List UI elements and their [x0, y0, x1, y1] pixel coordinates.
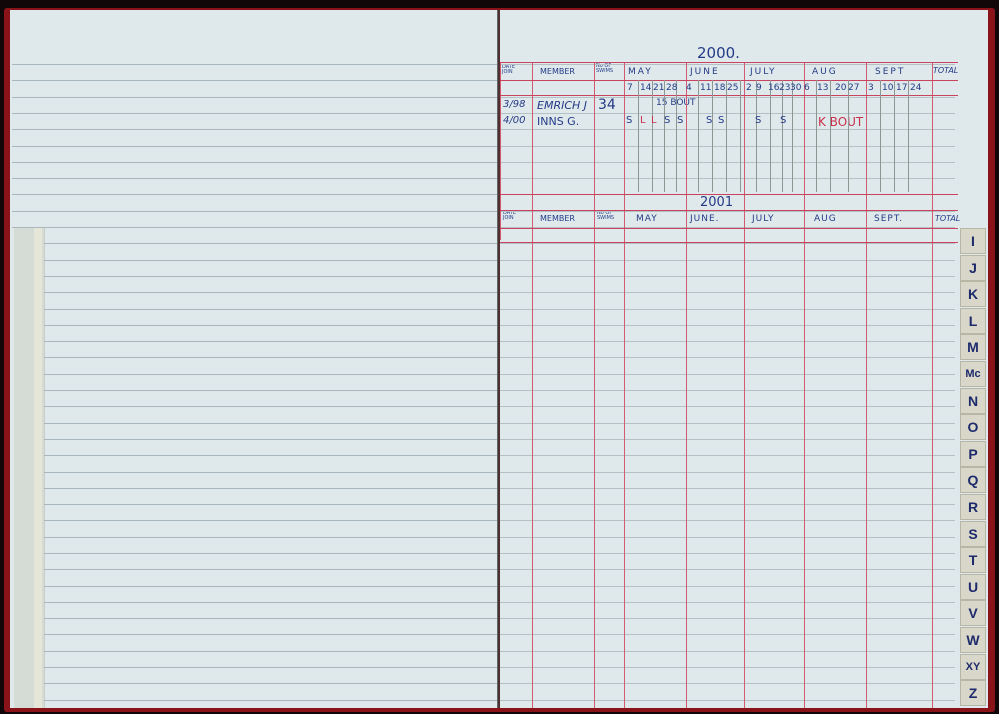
index-tab-i[interactable]: I	[960, 228, 986, 254]
ruled-line	[500, 260, 955, 261]
ruled-line	[44, 406, 497, 407]
month-header-2000: SEPT	[875, 68, 905, 77]
column-divider	[744, 62, 745, 708]
pencil-week-line	[664, 80, 665, 192]
row2-member: INNS G.	[537, 116, 579, 127]
column-divider	[866, 62, 867, 708]
ruled-line	[12, 97, 497, 98]
header-member-2000: MEMBER	[540, 68, 575, 76]
ruled-line	[500, 602, 955, 603]
index-tab-p[interactable]: P	[960, 441, 986, 467]
pencil-week-line	[740, 80, 741, 192]
index-tab-j[interactable]: J	[960, 255, 986, 281]
index-tab-q[interactable]: Q	[960, 467, 986, 493]
column-divider	[686, 62, 687, 708]
ruled-line	[500, 634, 955, 635]
index-tab-v[interactable]: V	[960, 600, 986, 626]
ruled-line	[44, 683, 497, 684]
week-date-2000: 7	[627, 84, 633, 93]
row1-member: EMRICH J	[537, 100, 587, 111]
index-tab-r[interactable]: R	[960, 494, 986, 520]
ruled-line	[44, 276, 497, 277]
pencil-week-line	[880, 80, 881, 192]
week-date-2000: 4	[686, 84, 692, 93]
ruled-line	[500, 390, 955, 391]
ruled-line	[44, 700, 497, 701]
header-rule	[500, 210, 958, 211]
ruled-line	[500, 618, 955, 619]
ruled-line	[500, 243, 955, 244]
pencil-week-line	[726, 80, 727, 192]
month-header-2001: AUG	[814, 215, 837, 224]
column-divider	[532, 62, 533, 708]
index-tab-s[interactable]: S	[960, 521, 986, 547]
ruled-line	[12, 146, 497, 147]
column-divider	[500, 62, 501, 240]
ruled-line	[44, 455, 497, 456]
header-rule	[500, 80, 958, 81]
ruled-line	[500, 667, 955, 668]
ruled-line	[12, 178, 497, 179]
month-header-2001: JUNE.	[690, 215, 720, 224]
ruled-line	[44, 357, 497, 358]
week-date-2000: 9	[756, 84, 762, 93]
ruled-line	[44, 602, 497, 603]
ruled-line	[44, 439, 497, 440]
month-header-2000: MAY	[628, 68, 653, 77]
ruled-line	[12, 211, 497, 212]
column-divider	[624, 62, 625, 708]
week-date-2000: 25	[727, 84, 738, 93]
week-date-2000: 3	[868, 84, 874, 93]
month-header-2001: SEPT.	[874, 215, 903, 224]
month-header-2000: JUNE	[690, 68, 720, 77]
index-tab-mc[interactable]: Mc	[960, 361, 986, 387]
ruled-line	[500, 129, 955, 130]
index-tab-n[interactable]: N	[960, 388, 986, 414]
header-date-join-2001: DATE JOIN	[503, 211, 525, 221]
ruled-line	[44, 667, 497, 668]
week-date-2000: 17	[896, 84, 907, 93]
pencil-week-line	[782, 80, 783, 192]
alphabet-index-tabs: IJKLMMcNOPQRSTUVWXYZ	[960, 228, 986, 708]
ruled-line	[12, 162, 497, 163]
ruled-line	[44, 472, 497, 473]
month-header-2000: AUG	[812, 68, 838, 77]
ruled-line	[44, 341, 497, 342]
ruled-line	[500, 113, 955, 114]
ruled-line	[44, 586, 497, 587]
ruled-line	[500, 504, 955, 505]
ruled-line	[44, 374, 497, 375]
ruled-line	[500, 520, 955, 521]
ruled-line	[500, 700, 955, 701]
pencil-week-line	[792, 80, 793, 192]
ruled-line	[500, 357, 955, 358]
week-date-2000: 2	[746, 84, 752, 93]
ruled-line	[500, 325, 955, 326]
index-tab-w[interactable]: W	[960, 627, 986, 653]
pencil-week-line	[676, 80, 677, 192]
pencil-week-line	[652, 80, 653, 192]
pencil-week-line	[638, 80, 639, 192]
ruled-line	[500, 406, 955, 407]
pencil-week-line	[816, 80, 817, 192]
attendance-mark: S	[664, 116, 670, 126]
week-date-2000: 11	[700, 84, 711, 93]
ruled-line	[12, 194, 497, 195]
week-date-2000: 10	[882, 84, 893, 93]
header-rule	[500, 194, 958, 195]
ruled-line	[44, 569, 497, 570]
year-2001-title: 2001	[700, 196, 733, 209]
pencil-week-line	[698, 80, 699, 192]
ruled-line	[500, 309, 955, 310]
ruled-line	[44, 651, 497, 652]
column-divider	[932, 62, 933, 708]
ruled-line	[500, 488, 955, 489]
ruled-line	[500, 423, 955, 424]
index-tab-o[interactable]: O	[960, 414, 986, 440]
week-date-2000: 20	[835, 84, 846, 93]
month-header-2001: MAY	[636, 215, 658, 224]
pencil-week-line	[830, 80, 831, 192]
header-rule	[500, 242, 958, 243]
ruled-line	[500, 276, 955, 277]
pencil-week-line	[894, 80, 895, 192]
ruled-line	[500, 341, 955, 342]
header-rule	[500, 228, 958, 229]
ruled-line	[500, 683, 955, 684]
week-date-2000: 18	[714, 84, 725, 93]
index-tab-xy[interactable]: XY	[960, 654, 986, 680]
week-date-2000: 28	[666, 84, 677, 93]
week-date-2000: 16	[768, 84, 779, 93]
pencil-week-line	[770, 80, 771, 192]
ruled-line	[500, 374, 955, 375]
week-date-2000: 23	[779, 84, 790, 93]
ruled-line	[44, 309, 497, 310]
index-tab-m[interactable]: M	[960, 334, 986, 360]
row1-date-join: 3/98	[503, 100, 525, 110]
attendance-mark: S	[755, 116, 761, 126]
ruled-line	[44, 618, 497, 619]
month-header-2001: JULY	[752, 215, 775, 224]
header-rule	[500, 95, 958, 96]
ruled-line	[44, 504, 497, 505]
attendance-mark: S	[780, 116, 786, 126]
ruled-line	[500, 211, 955, 212]
pencil-week-line	[712, 80, 713, 192]
ruled-line	[44, 537, 497, 538]
ruled-line	[12, 113, 497, 114]
ruled-line	[500, 553, 955, 554]
ruled-line	[44, 423, 497, 424]
row2-date-join: 4/00	[503, 116, 525, 126]
ruled-line	[44, 488, 497, 489]
attendance-mark: L	[651, 116, 657, 126]
year-2000-title: 2000.	[697, 46, 740, 61]
header-no-of-swims-2001: No OF SWIMS	[597, 211, 623, 221]
week-date-2000: 6	[804, 84, 810, 93]
header-member-2001: MEMBER	[540, 215, 575, 223]
ruled-line	[12, 129, 497, 130]
week-date-2000: 30	[790, 84, 801, 93]
attendance-mark: L	[640, 116, 646, 126]
ruled-line	[44, 553, 497, 554]
week-date-2000: 21	[653, 84, 664, 93]
ruled-line	[500, 569, 955, 570]
ruled-line	[500, 162, 955, 163]
column-divider	[594, 62, 595, 708]
index-tab-l[interactable]: L	[960, 308, 986, 334]
index-tab-k[interactable]: K	[960, 281, 986, 307]
week-date-2000: 13	[817, 84, 828, 93]
month-header-2000: JULY	[750, 68, 777, 77]
ruled-line	[44, 260, 497, 261]
index-tab-t[interactable]: T	[960, 547, 986, 573]
week-date-2000: 27	[848, 84, 859, 93]
ruled-line	[44, 325, 497, 326]
ruled-line	[500, 64, 955, 65]
ruled-line	[44, 243, 497, 244]
ruled-line	[44, 292, 497, 293]
ruled-line	[44, 390, 497, 391]
ruled-line	[500, 439, 955, 440]
header-total-2001: TOTAL	[935, 215, 960, 223]
column-divider	[804, 62, 805, 708]
ruled-line	[500, 97, 955, 98]
attendance-mark: S	[626, 116, 632, 126]
ruled-line	[500, 455, 955, 456]
ruled-line	[500, 178, 955, 179]
attendance-mark: S	[706, 116, 712, 126]
ruled-line	[12, 227, 497, 228]
row1-no-of-swims: 34	[598, 98, 616, 112]
ruled-line	[12, 64, 497, 65]
left-page-blank	[10, 10, 498, 708]
week-date-2000: 24	[910, 84, 921, 93]
index-tab-u[interactable]: U	[960, 574, 986, 600]
ruled-line	[500, 651, 955, 652]
ruled-line	[500, 146, 955, 147]
attendance-mark: S	[718, 116, 724, 126]
ruled-line	[500, 472, 955, 473]
week-date-2000: 14	[640, 84, 651, 93]
header-rule	[500, 62, 958, 63]
left-page-edge-strip	[34, 228, 42, 708]
header-total-2000: TOTAL	[933, 67, 958, 75]
ruled-line	[500, 537, 955, 538]
ruled-line	[44, 634, 497, 635]
ruled-line	[12, 80, 497, 81]
pencil-week-line	[756, 80, 757, 192]
header-no-of-swims-2000: No OF SWIMS	[596, 64, 622, 74]
ruled-line	[44, 520, 497, 521]
ruled-line	[500, 586, 955, 587]
index-tab-z[interactable]: Z	[960, 680, 986, 706]
pencil-week-line	[908, 80, 909, 192]
header-date-join-2000: DATE JOIN	[502, 65, 524, 75]
pencil-week-line	[848, 80, 849, 192]
ruled-line	[500, 292, 955, 293]
row2-note: K BOUT	[818, 116, 863, 128]
attendance-mark: S	[677, 116, 683, 126]
